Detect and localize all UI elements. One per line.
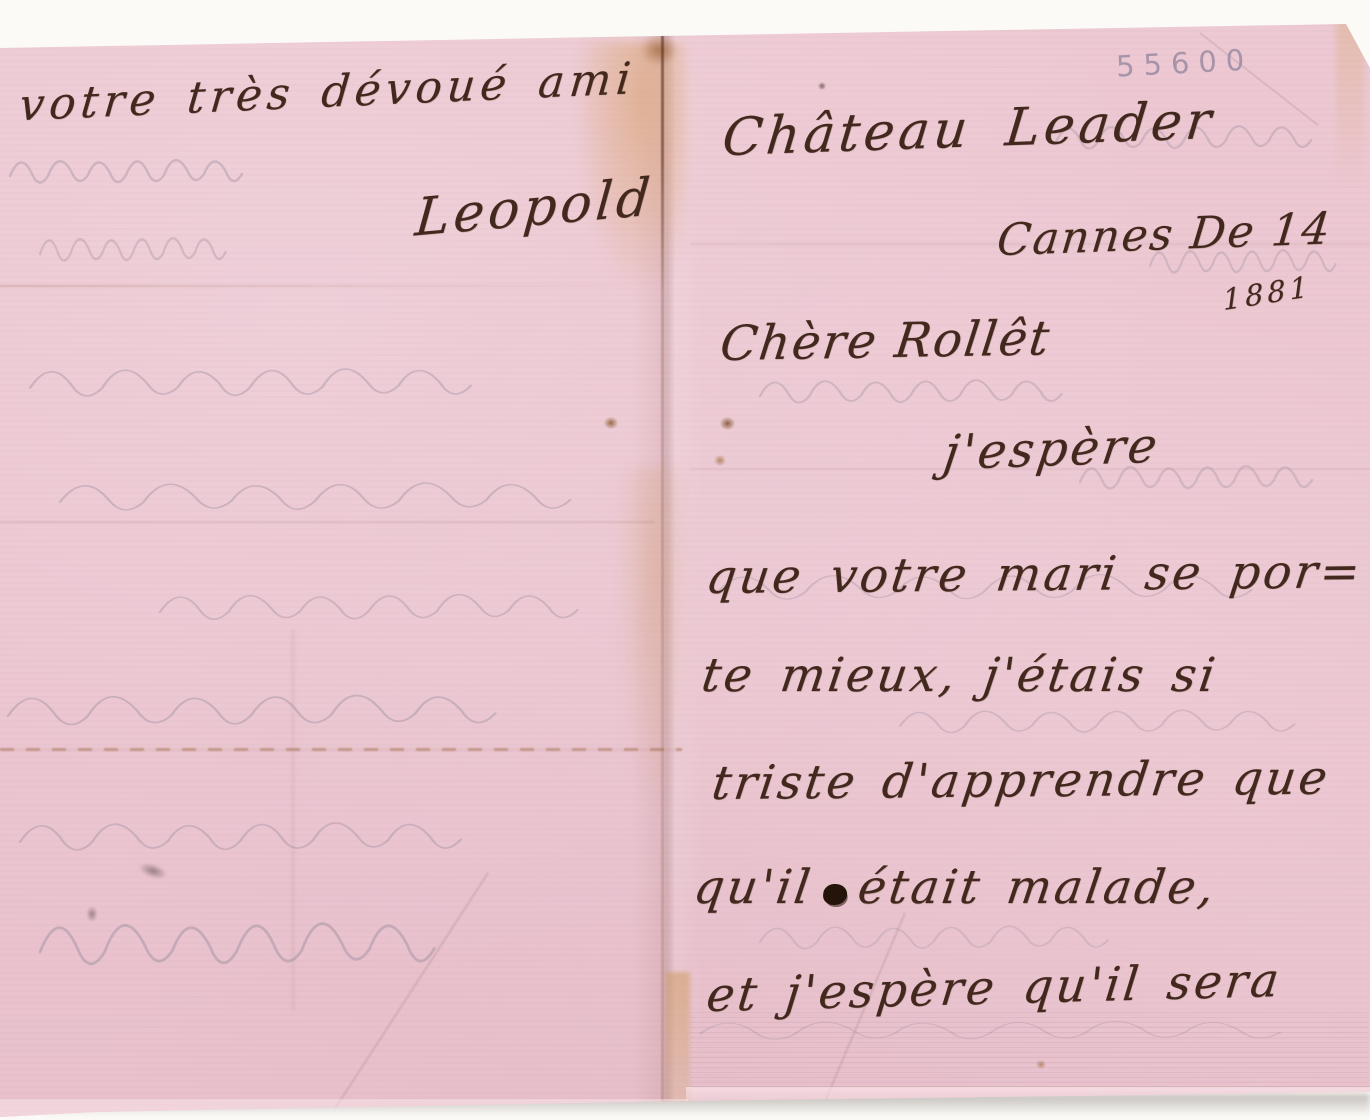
body-line-fragment: était malade, bbox=[855, 860, 1221, 915]
body-line-fragment: qu'il bbox=[690, 860, 816, 915]
body-line: te mieux, j'étais si bbox=[698, 648, 1221, 703]
ink-blot bbox=[822, 884, 849, 905]
body-line: j'espère bbox=[940, 417, 1163, 481]
body-line: que votre mari se por= bbox=[703, 544, 1366, 605]
letter-sheet: 55600 votre très dévoué ami Leopold Chât… bbox=[0, 0, 1370, 1120]
body-line: triste d'apprendre que bbox=[709, 751, 1334, 811]
body-line: qu'ilétait malade, bbox=[690, 860, 1220, 915]
catalog-number: 55600 bbox=[1115, 42, 1254, 83]
salutation: Chère Rollêt bbox=[717, 310, 1054, 372]
scanned-letter: 55600 votre très dévoué ami Leopold Chât… bbox=[0, 0, 1370, 1120]
